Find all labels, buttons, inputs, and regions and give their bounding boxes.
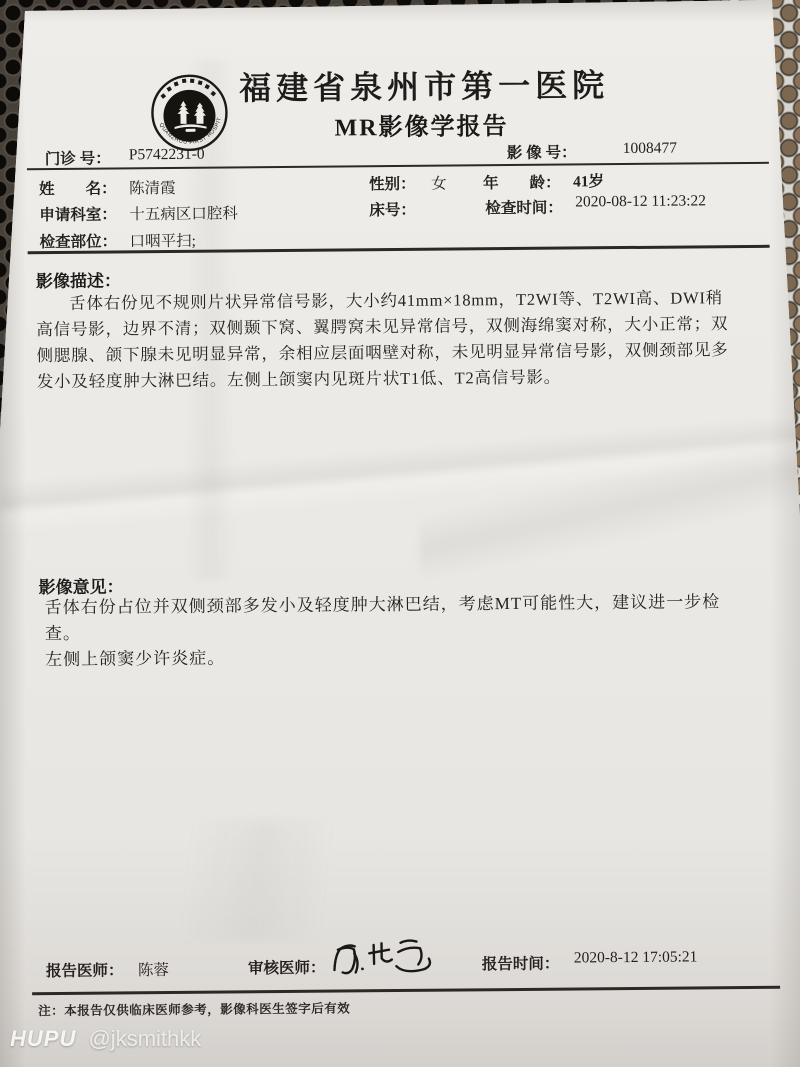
watermark: HUPU @jksmithkk [10, 1026, 201, 1052]
outpatient-no-value: P5742231-0 [129, 146, 205, 165]
watermark-brand: HUPU [10, 1026, 76, 1051]
image-no-value: 1008477 [623, 140, 677, 158]
age-value: 41岁 [573, 169, 604, 191]
description-heading: 影像描述： [36, 266, 121, 292]
report-doctor-label: 报告医师： [46, 958, 124, 981]
report-title: MR影像学报告 [0, 103, 800, 145]
footer-separator-line [32, 986, 780, 996]
name-value: 陈清霞 [129, 176, 176, 198]
sex-value: 女 [431, 172, 447, 194]
sex-label: 性别： [369, 172, 416, 194]
name-label: 姓 名： [39, 176, 117, 199]
report-time-value: 2020-8-12 17:05:21 [574, 948, 698, 967]
body-part-value: 口咽平扫; [129, 229, 196, 252]
report-content: QUANZHOU FIRST HOSPITAL 福建省泉州市第一医院 MR影像学… [0, 0, 800, 1067]
outpatient-no-label: 门诊 号： [45, 147, 111, 170]
footer-note: 注：本报告仅供临床医师参考，影像科医生签字后有效 [38, 998, 350, 1019]
dept-value: 十五病区口腔科 [129, 201, 238, 224]
body-part-label: 检查部位： [39, 229, 117, 252]
exam-time-value: 2020-08-12 11:23:22 [575, 192, 706, 211]
age-label: 年 龄： [483, 171, 561, 194]
report-paper: QUANZHOU FIRST HOSPITAL 福建省泉州市第一医院 MR影像学… [0, 0, 800, 1067]
watermark-handle: @jksmithkk [88, 1026, 201, 1051]
report-doctor-value: 陈蓉 [138, 958, 169, 980]
opinion-text-line2: 左侧上颌窦少许炎症。 [45, 641, 739, 673]
description-text: 舌体右份见不规则片状异常信号影，大小约41mm×18mm，T2WI等、T2WI高… [36, 285, 737, 395]
review-doctor-label: 审核医师： [248, 956, 326, 979]
image-no-label: 影 像 号： [507, 140, 577, 163]
exam-time-label: 检查时间： [485, 196, 563, 219]
reviewer-signature [326, 936, 442, 985]
hospital-name: 福建省泉州市第一医院 [0, 58, 800, 111]
opinion-text-line1: 舌体右份占位并双侧颈部多发小及轻度肿大淋巴结，考虑MT可能性大，建议进一步检查。 [45, 589, 739, 647]
report-time-label: 报告时间： [482, 952, 560, 975]
bed-label: 床号： [369, 198, 416, 220]
dept-label: 申请科室： [39, 202, 117, 225]
